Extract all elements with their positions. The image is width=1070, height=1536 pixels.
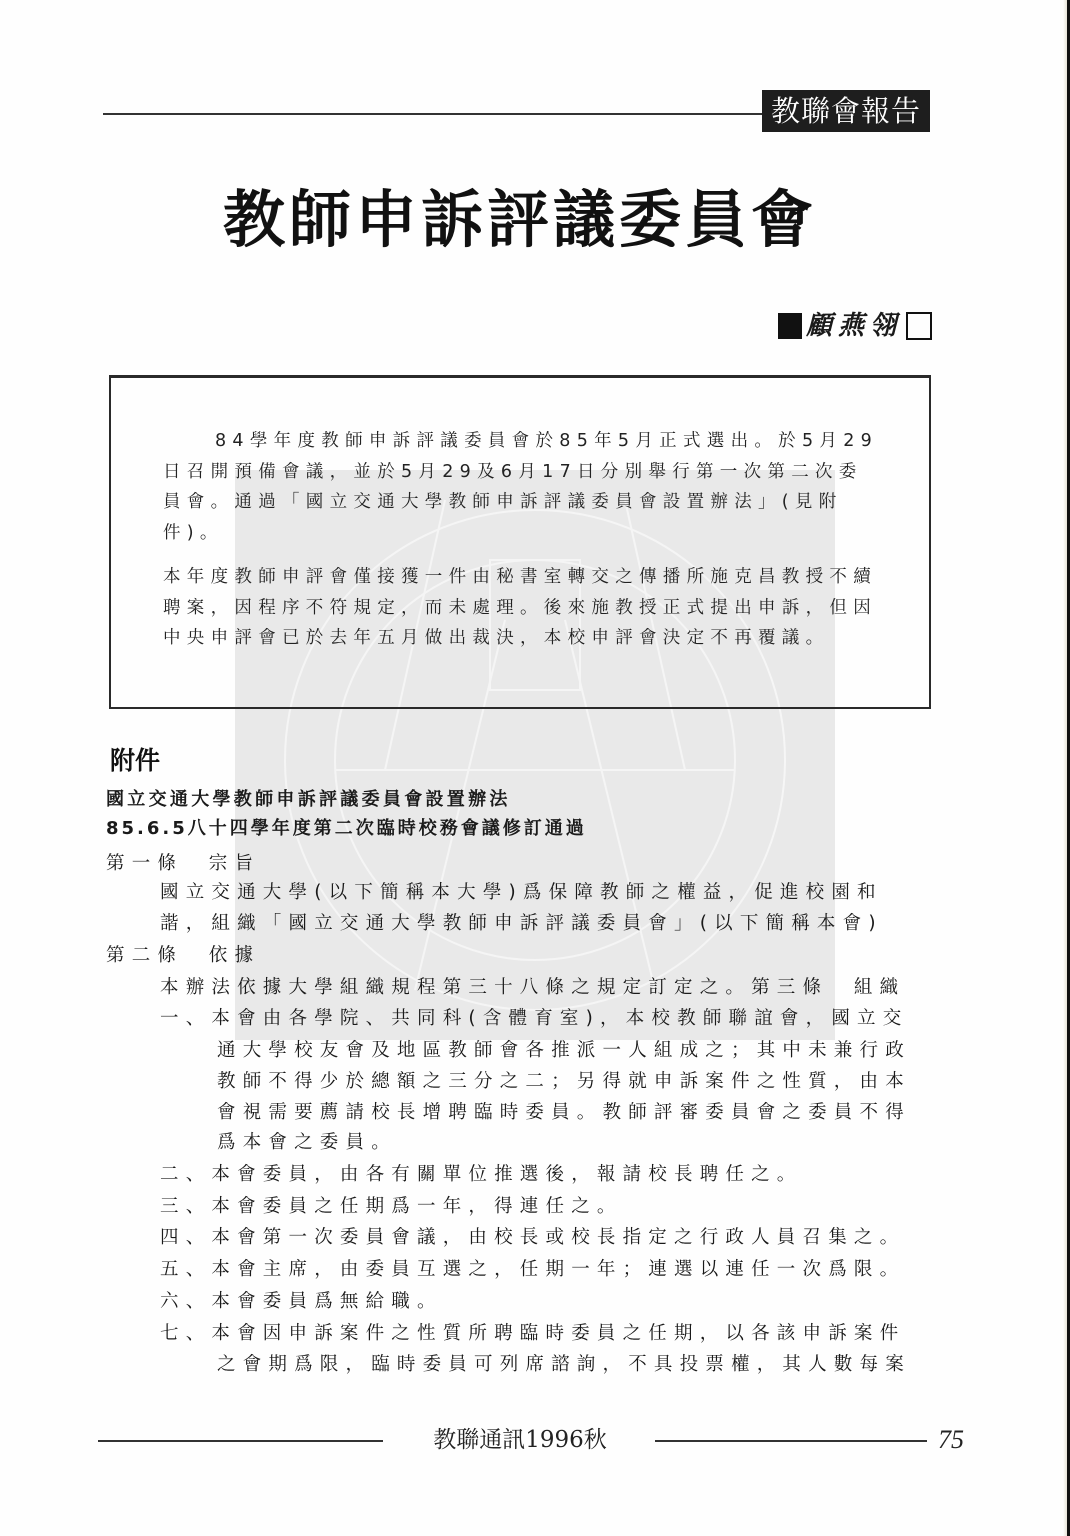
regulation-line: 之會期爲限，臨時委員可列席諮詢，不具投票權，其人數每案 <box>217 1349 911 1380</box>
regulation-line: 爲本會之委員。 <box>217 1127 397 1158</box>
page-number: 75 <box>938 1424 964 1456</box>
author-name: 顧燕翎 <box>806 308 902 344</box>
footer-rule-left <box>98 1440 383 1442</box>
regulation-line: 教師不得少於總額之三分之二；另得就申訴案件之性質，由本 <box>217 1066 911 1097</box>
regulation-line: 三、本會委員之任期爲一年，得連任之。 <box>160 1191 623 1222</box>
author-byline: 顧燕翎 <box>778 308 932 344</box>
empty-square-icon <box>906 312 932 340</box>
regulation-line: 一、本會由各學院、共同科(含體育室)，本校教師聯誼會，國立交 <box>160 1003 908 1034</box>
article-heading: 第二條 依據 <box>106 940 260 971</box>
regulation-line: 七、本會因申訴案件之性質所聘臨時委員之任期，以各該申訴案件 <box>160 1318 905 1349</box>
section-tag: 教聯會報告 <box>762 90 930 132</box>
summary-paragraph-2: 本年度教師申評會僅接獲一件由秘書室轉交之傳播所施克昌教授不續聘案，因程序不符規定… <box>163 562 883 654</box>
regulation-line: 諧，組織「國立交通大學教師申訴評議委員會」(以下簡稱本會) <box>160 908 883 939</box>
footer-rule-right <box>655 1440 927 1442</box>
regulation-amendment-note: 85.6.5八十四學年度第二次臨時校務會議修訂通過 <box>106 815 587 843</box>
regulation-title: 國立交通大學教師申訴評議委員會設置辦法 <box>106 786 511 814</box>
regulation-line: 六、本會委員爲無給職。 <box>160 1286 443 1317</box>
regulation-line: 四、本會第一次委員會議，由校長或校長指定之行政人員召集之。 <box>160 1222 905 1253</box>
regulation-line: 會視需要薦請校長增聘臨時委員。教師評審委員會之委員不得 <box>217 1097 911 1128</box>
header-rule <box>103 113 763 115</box>
regulation-line: 國立交通大學(以下簡稱本大學)爲保障教師之權益，促進校園和 <box>160 877 883 908</box>
article-heading: 第一條 宗旨 <box>106 848 260 879</box>
regulation-line: 五、本會主席，由委員互選之，任期一年；連選以連任一次爲限。 <box>160 1254 905 1285</box>
regulation-line: 二、本會委員，由各有關單位推選後，報請校長聘任之。 <box>160 1159 803 1190</box>
regulation-line: 通大學校友會及地區教師會各推派一人組成之；其中未兼行政 <box>217 1035 911 1066</box>
regulation-line: 本辦法依據大學組織規程第三十八條之規定訂定之。第三條 組織 <box>160 972 905 1003</box>
filled-square-icon <box>778 313 802 339</box>
summary-paragraph-1: 84學年度教師申訴評議委員會於85年5月正式選出。於5月29日召開預備會議，並於… <box>163 426 883 548</box>
article-title: 教師申訴評議委員會 <box>150 180 890 260</box>
publication-name: 教聯通訊1996秋 <box>386 1424 654 1456</box>
summary-box: 84學年度教師申訴評議委員會於85年5月正式選出。於5月29日召開預備會議，並於… <box>109 375 931 709</box>
attachment-heading: 附件 <box>110 743 160 779</box>
